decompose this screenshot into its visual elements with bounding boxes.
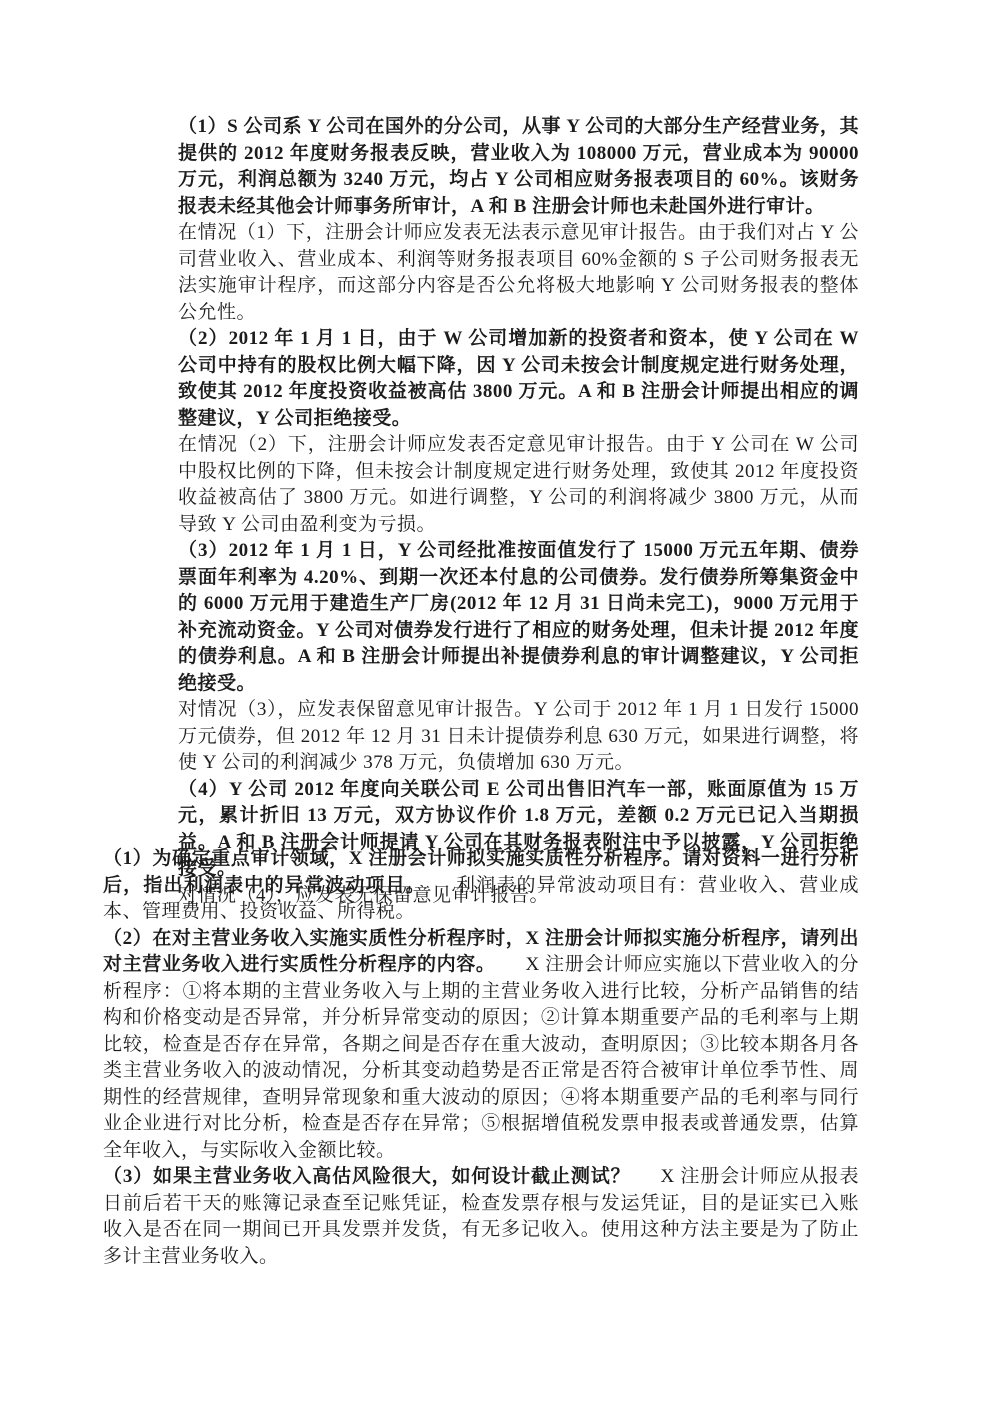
material-two-situations-block: （1）S 公司系 Y 公司在国外的分公司，从事 Y 公司的大部分生产经营业务，其…: [178, 114, 859, 909]
situation-2-answer: 在情况（2）下，注册会计师应发表否定意见审计报告。由于 Y 公司在 W 公司中股…: [178, 432, 859, 538]
qa-paragraph-3: （3）如果主营业务收入高估风险很大，如何设计截止测试？X 注册会计师应从报表日前…: [103, 1164, 859, 1270]
situation-3-answer: 对情况（3），应发表保留意见审计报告。Y 公司于 2012 年 1 月 1 日发…: [178, 697, 859, 777]
question-3-text: （3）如果主营业务收入高估风险很大，如何设计截止测试？: [103, 1166, 631, 1187]
qa-paragraph-1: （1）为确定重点审计领域，X 注册会计师拟实施实质性分析程序。请对资料一进行分析…: [103, 846, 859, 926]
qa-paragraph-2: （2）在对主营业务收入实施实质性分析程序时，X 注册会计师拟实施分析程序，请列出…: [103, 926, 859, 1165]
situation-1-text: （1）S 公司系 Y 公司在国外的分公司，从事 Y 公司的大部分生产经营业务，其…: [178, 114, 859, 220]
document-page: （1）S 公司系 Y 公司在国外的分公司，从事 Y 公司的大部分生产经营业务，其…: [0, 0, 993, 1404]
situation-2-text: （2）2012 年 1 月 1 日，由于 W 公司增加新的投资者和资本，使 Y …: [178, 326, 859, 432]
situation-1-answer: 在情况（1）下，注册会计师应发表无法表示意见审计报告。由于我们对占 Y 公司营业…: [178, 220, 859, 326]
answer-2-text: X 注册会计师应实施以下营业收入的分析程序：①将本期的主营业务收入与上期的主营业…: [103, 954, 859, 1161]
requirements-questions-block: （1）为确定重点审计领域，X 注册会计师拟实施实质性分析程序。请对资料一进行分析…: [103, 846, 859, 1270]
situation-3-text: （3）2012 年 1 月 1 日，Y 公司经批准按面值发行了 15000 万元…: [178, 538, 859, 697]
